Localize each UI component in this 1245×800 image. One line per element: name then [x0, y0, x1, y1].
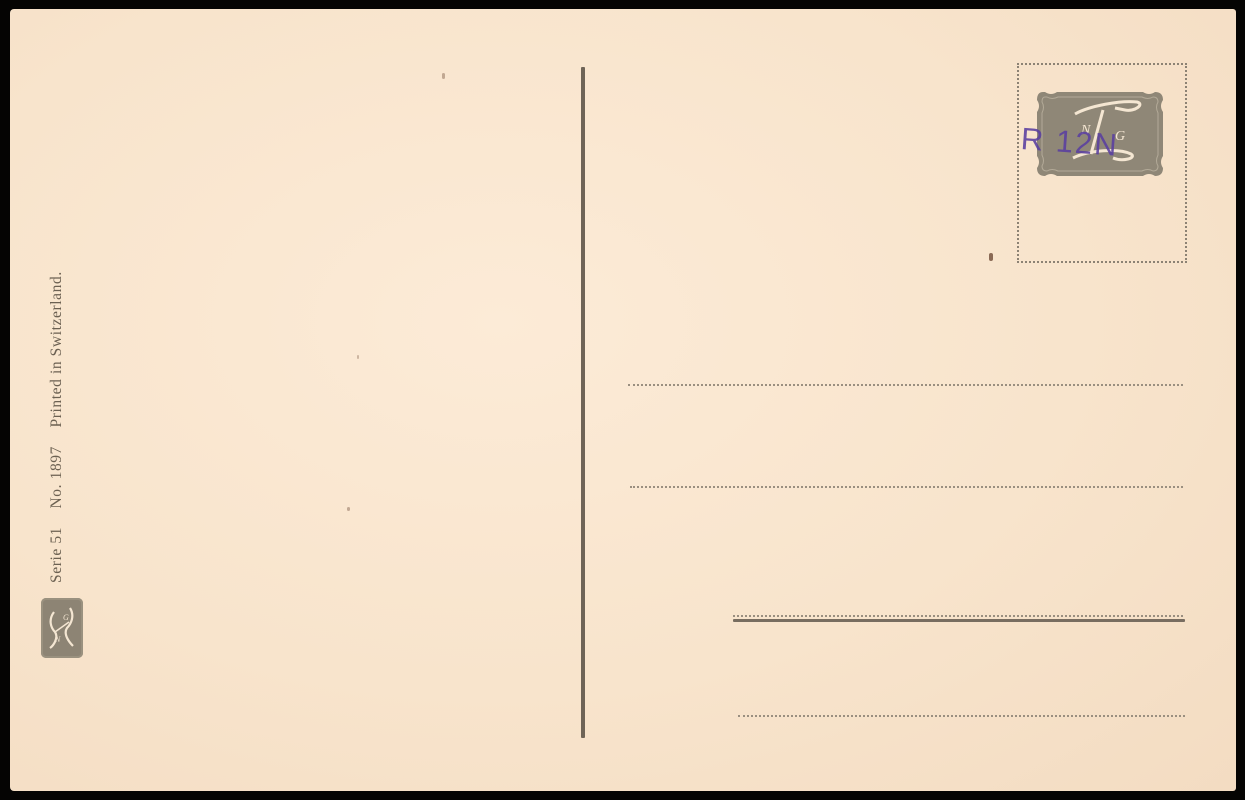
handstamp-code: R 12N [1020, 121, 1120, 164]
svg-text:N: N [54, 635, 61, 644]
paper-speck [989, 253, 993, 261]
address-line-1 [628, 384, 1183, 386]
postcard-back: Serie 51 No. 1897 Printed in Switzerland… [10, 9, 1236, 791]
address-line-4 [738, 715, 1185, 717]
printed-label: Printed in Switzerland. [48, 271, 65, 427]
number-label: No. 1897 [48, 446, 65, 509]
address-line-3 [733, 615, 1183, 617]
address-underline [733, 619, 1185, 622]
publisher-imprint: Serie 51 No. 1897 Printed in Switzerland… [48, 257, 66, 583]
paper-speck [347, 507, 350, 511]
paper-speck [442, 73, 445, 79]
paper-speck [357, 355, 359, 359]
serie-label: Serie 51 [48, 527, 65, 583]
nzg-monogram-icon: G N [41, 598, 83, 658]
svg-text:G: G [63, 613, 69, 622]
address-line-2 [630, 486, 1183, 488]
center-divider [581, 67, 585, 738]
